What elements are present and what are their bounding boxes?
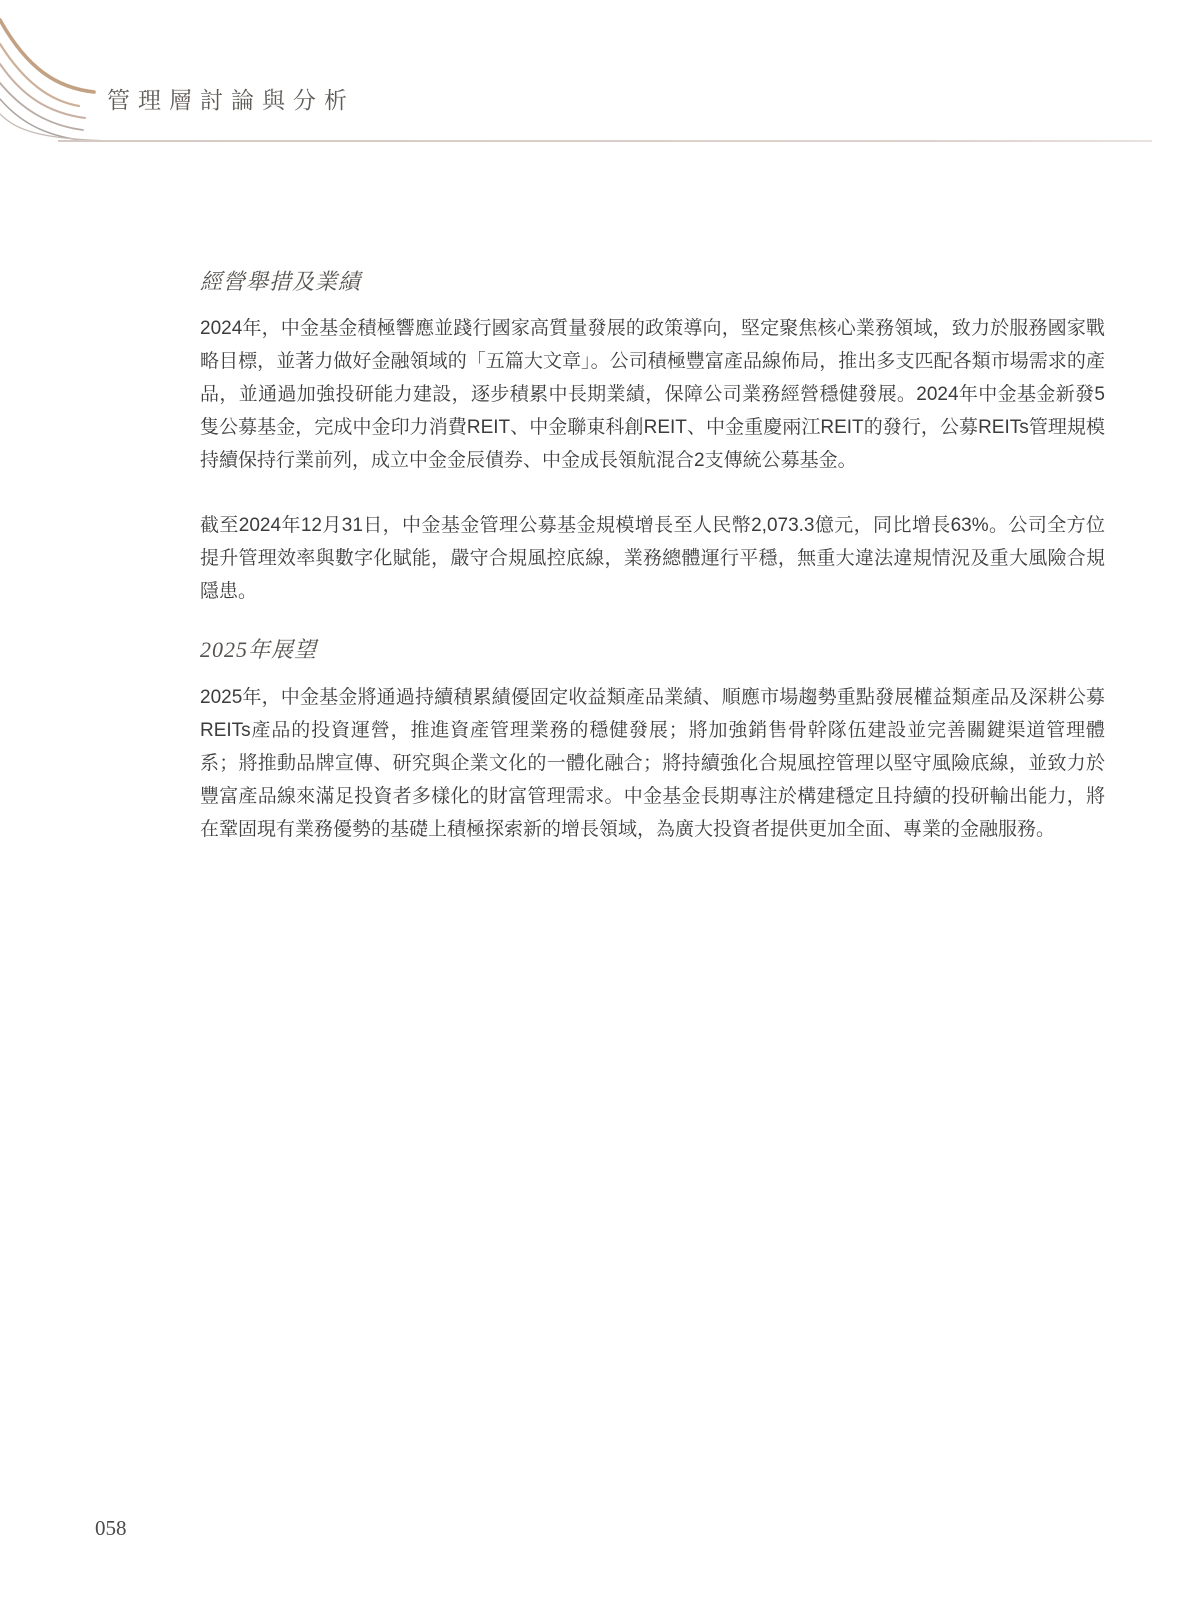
section-heading-operations: 經營舉措及業績: [200, 265, 361, 296]
corner-arcs-decoration: [0, 0, 160, 160]
paragraph-outlook-1: 2025年，中金基金將通過持續積累績優固定收益類產品業績、順應市場趨勢重點發展權…: [200, 681, 1105, 846]
page-number: 058: [95, 1516, 127, 1541]
paragraph-operations-1: 2024年，中金基金積極響應並踐行國家高質量發展的政策導向，堅定聚焦核心業務領域…: [200, 312, 1105, 477]
report-page: 管理層討論與分析 經營舉措及業績 2024年，中金基金積極響應並踐行國家高質量發…: [0, 0, 1190, 1615]
page-title: 管理層討論與分析: [107, 82, 355, 115]
paragraph-operations-2: 截至2024年12月31日，中金基金管理公募基金規模增長至人民幣2,073.3億…: [200, 509, 1105, 608]
header-divider: [58, 140, 1152, 142]
section-heading-outlook: 2025年展望: [200, 633, 317, 664]
